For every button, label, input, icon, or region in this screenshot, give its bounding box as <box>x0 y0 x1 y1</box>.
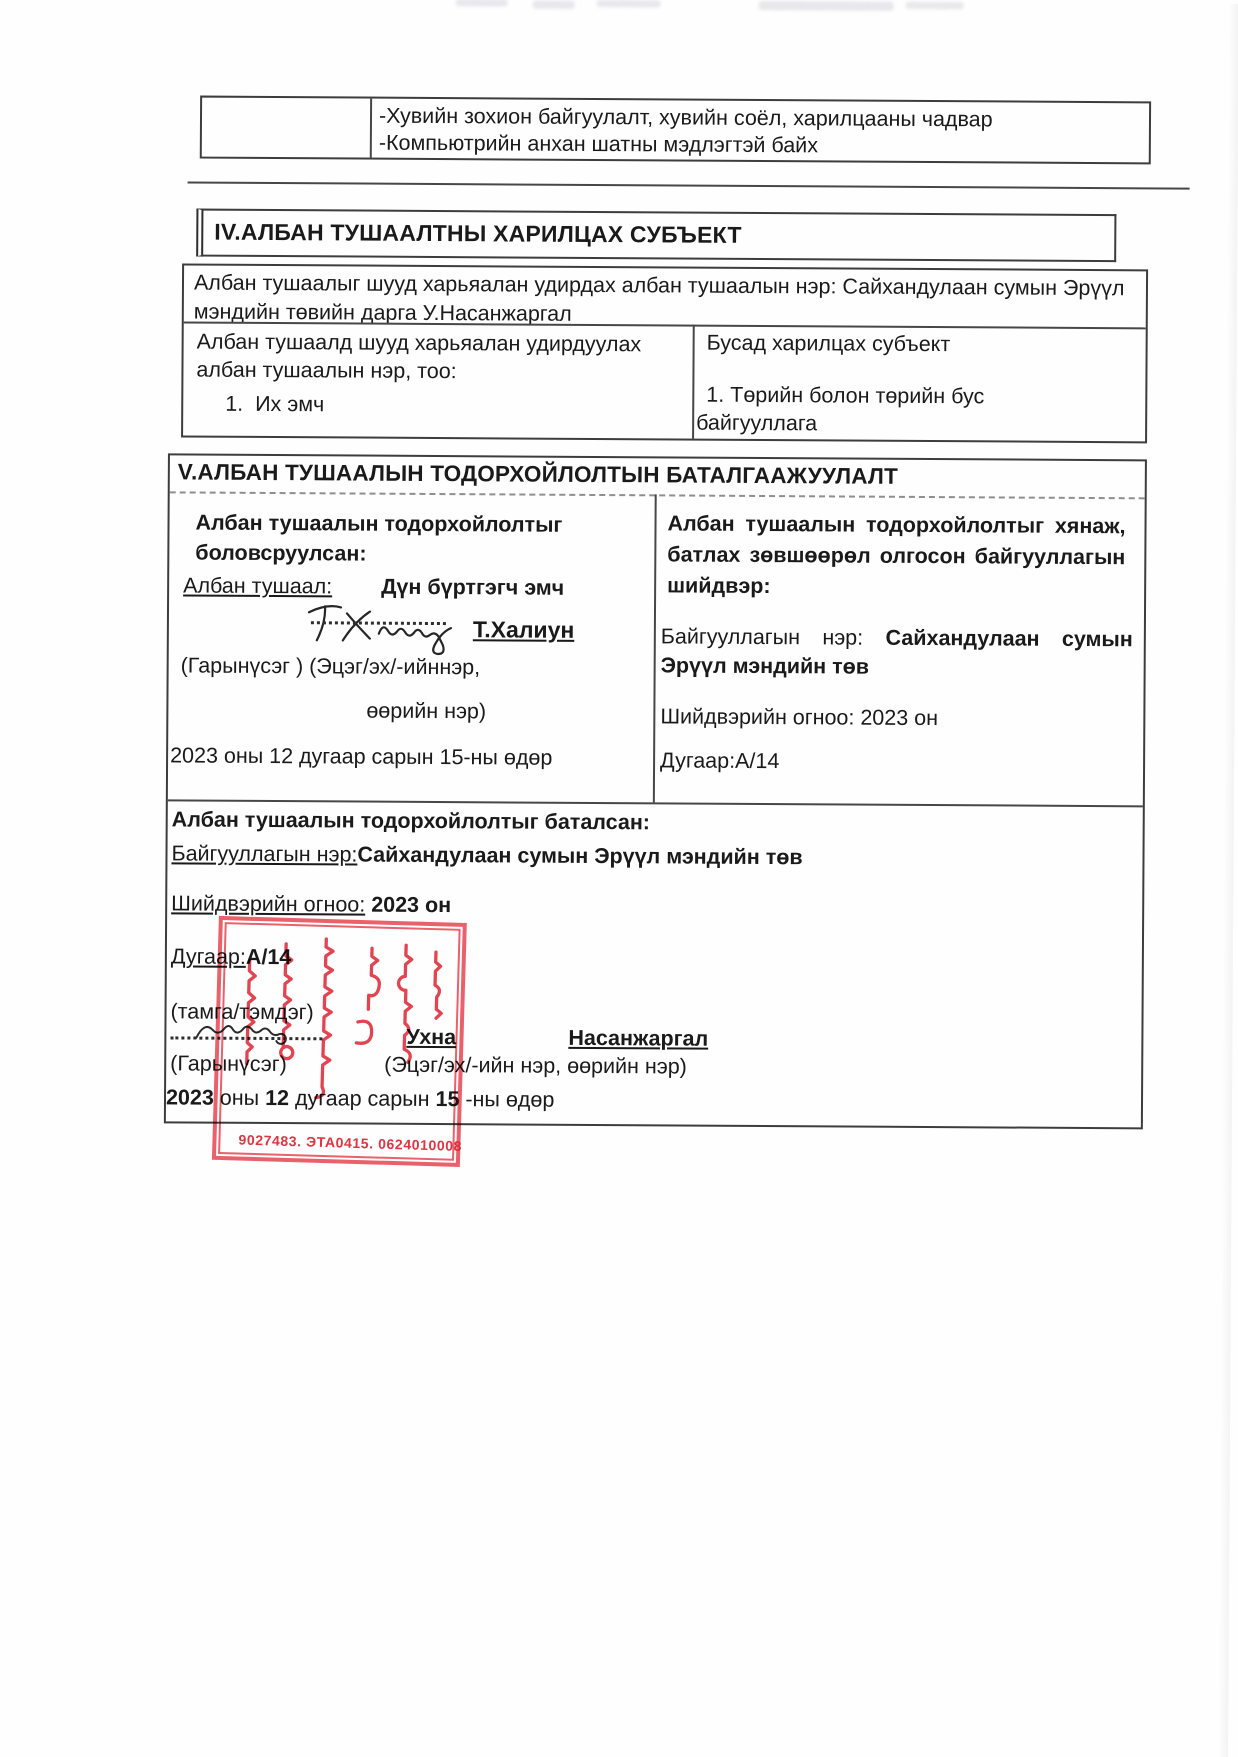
section5-title: V.АЛБАН ТУШААЛЫН ТОДОРХОЙЛОЛТЫН БАТАЛГАА… <box>178 458 898 490</box>
review-number-line: Дугаар:А/14 <box>660 746 779 775</box>
qualification-item: -Компьютрийн анхан шатны мэдлэгтэй байх <box>379 129 1144 162</box>
signature-khaliu <box>297 596 467 659</box>
others-item: 1. Төрийн болон төрийн бус байгууллага <box>696 381 1041 439</box>
official-stamp: 9027483. ЭТА0415. 0624010008 <box>212 916 467 1167</box>
developed-date: 2023 оны 12 дугаар сарын 15-ны өдөр <box>170 741 552 771</box>
table-divider <box>653 494 657 802</box>
scan-artifact <box>906 2 964 9</box>
review-date-label: Шийдвэрийн огноо: <box>660 704 854 729</box>
approved-heading: Албан тушаалын тодорхойлолтыг баталсан: <box>172 805 650 836</box>
section5-header-row: V.АЛБАН ТУШААЛЫН ТОДОРХОЙЛОЛТЫН БАТАЛГАА… <box>170 455 1145 499</box>
approved-date-decision: Шийдвэрийн огноо: 2023 он <box>171 889 451 919</box>
approved-date-label: Шийдвэрийн огноо: <box>171 891 365 916</box>
review-org-label: Байгууллагын нэр: <box>661 624 863 649</box>
developer-caption: (Гарынүсэг ) (Эцэг/эх/-ийннэр, <box>181 651 481 681</box>
table-divider <box>370 99 372 158</box>
approver-full-name: Насанжаргал <box>568 1024 708 1053</box>
subjects-table: Албан тушаалыг шууд харьяалан удирдах ал… <box>181 263 1148 443</box>
subordinates-item: 1. Их эмч <box>225 390 324 419</box>
review-date-value: 2023 он <box>860 706 938 730</box>
qualification-table: -Хувийн зохион байгуулалт, хувийн соёл, … <box>200 96 1151 165</box>
approved-org-value: Сайхандулаан сумын Эрүүл мэндийн төв <box>357 843 802 870</box>
scanned-document-page: -Хувийн зохион байгуулалт, хувийн соёл, … <box>0 0 1238 1757</box>
developed-heading: Албан тушаалын тодорхойлолтыг боловсруул… <box>195 508 615 571</box>
separator-line <box>188 181 1190 189</box>
approval-date-word3: -ны өдөр <box>465 1087 554 1112</box>
approval-date-year: 2023 <box>166 1085 214 1109</box>
scan-artifact <box>597 0 661 7</box>
review-org-line: Байгууллагын нэр: Сайхандулаан сумын Эрү… <box>661 622 1133 683</box>
scan-edge-shading <box>1218 4 1238 1757</box>
review-date-line: Шийдвэрийн огноо: 2023 он <box>660 702 938 732</box>
approved-org-line: Байгууллагын нэр:Сайхандулаан сумын Эрүү… <box>171 839 802 871</box>
review-heading: Албан тушаалын тодорхойлолтыг хянаж, бат… <box>667 508 1126 604</box>
table-divider <box>692 325 695 439</box>
approved-org-label: Байгууллагын нэр: <box>171 841 357 866</box>
others-header: Бусад харилцах субъект <box>707 329 951 358</box>
section4-header-box: IV.АЛБАН ТУШААЛТНЫ ХАРИЛЦАХ СУБЪЕКТ <box>196 209 1116 263</box>
subordinates-header: Албан тушаалд шууд харьяалан удирдуулах … <box>196 328 641 387</box>
review-number-value: А/14 <box>735 749 779 773</box>
stamp-mongolian-script-glyphs <box>225 926 455 1132</box>
developer-caption2: өөрийн нэр) <box>366 697 486 726</box>
scan-artifact <box>456 0 508 6</box>
document-content: -Хувийн зохион байгуулалт, хувийн соёл, … <box>0 0 1238 1757</box>
developer-name: Т.Халиун <box>473 615 575 644</box>
review-number-label: Дугаар: <box>660 748 735 772</box>
scan-artifact <box>533 1 575 9</box>
scan-artifact <box>759 1 894 11</box>
section4-title: IV.АЛБАН ТУШААЛТНЫ ХАРИЛЦАХ СУБЪЕКТ <box>214 218 742 249</box>
approved-date-value: 2023 он <box>371 893 451 917</box>
